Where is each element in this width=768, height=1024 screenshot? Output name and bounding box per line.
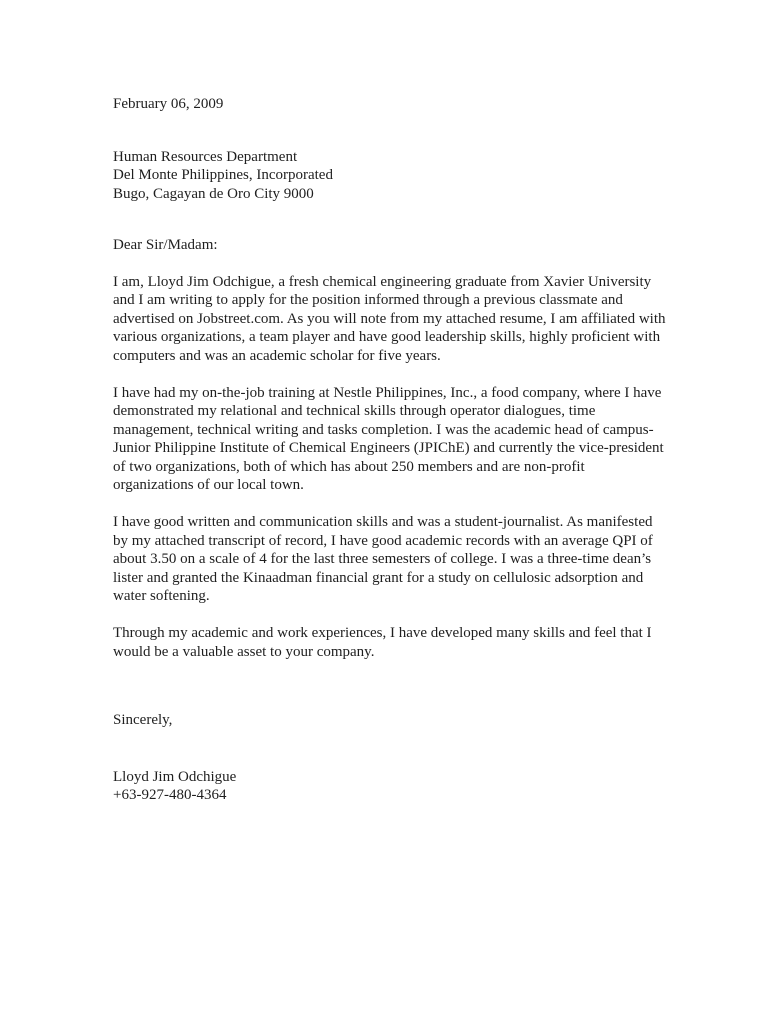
body-paragraph-3: I have good written and communication sk… bbox=[113, 513, 668, 606]
recipient-city: Bugo, Cagayan de Oro City 9000 bbox=[113, 185, 668, 204]
recipient-company: Del Monte Philippines, Incorporated bbox=[113, 166, 668, 185]
recipient-address-block: Human Resources Department Del Monte Phi… bbox=[113, 148, 668, 204]
closing-line: Sincerely, bbox=[113, 711, 668, 730]
signature-phone: +63-927-480-4364 bbox=[113, 786, 668, 805]
body-paragraph-4: Through my academic and work experiences… bbox=[113, 624, 668, 661]
body-paragraph-2: I have had my on-the-job training at Nes… bbox=[113, 384, 668, 495]
body-paragraph-1: I am, Lloyd Jim Odchigue, a fresh chemic… bbox=[113, 273, 668, 366]
letter-page: February 06, 2009 Human Resources Depart… bbox=[0, 0, 768, 1024]
letter-date: February 06, 2009 bbox=[113, 95, 668, 114]
recipient-department: Human Resources Department bbox=[113, 148, 668, 167]
signature-name: Lloyd Jim Odchigue bbox=[113, 768, 668, 787]
salutation: Dear Sir/Madam: bbox=[113, 236, 668, 255]
